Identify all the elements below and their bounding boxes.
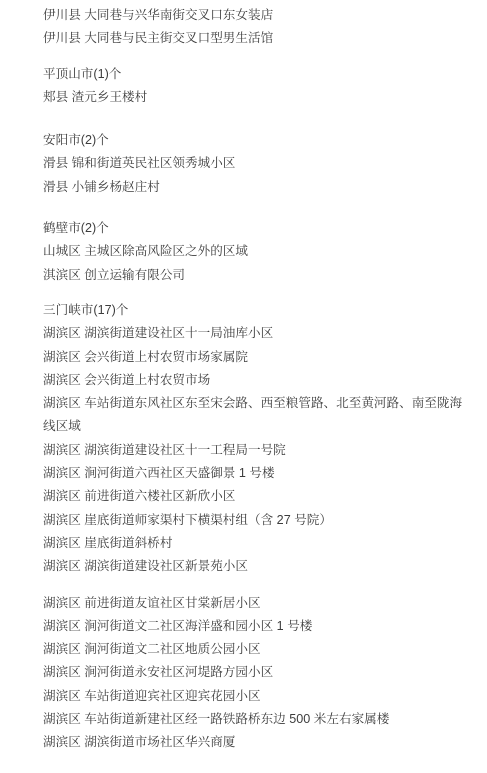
risk-area-entry: 滑县 锦和街道英民社区领秀城小区	[43, 152, 468, 175]
risk-area-entry: 湖滨区 车站街道新建社区经一路铁路桥东边 500 米左右家属楼	[43, 708, 468, 731]
section-tail: 伊川县 大同巷与兴华南街交叉口东女装店 伊川县 大同巷与民主街交叉口型男生活馆	[43, 4, 468, 51]
city-count-header: 平顶山市(1)个	[43, 63, 468, 86]
risk-area-entry: 湖滨区 涧河街道文二社区地质公园小区	[43, 638, 468, 661]
risk-area-entry: 湖滨区 涧河街道永安社区河堤路方园小区	[43, 661, 468, 684]
risk-area-entry: 湖滨区 涧河街道文二社区海洋盛和园小区 1 号楼	[43, 615, 468, 638]
risk-area-entry: 湖滨区 湖滨街道建设社区十一局油库小区	[43, 322, 468, 345]
city-count-header: 鹤壁市(2)个	[43, 217, 468, 240]
risk-area-entry: 伊川县 大同巷与民主街交叉口型男生活馆	[43, 27, 468, 50]
section-pingdingshan: 平顶山市(1)个 郏县 渣元乡王楼村	[43, 63, 468, 110]
risk-area-entry: 湖滨区 车站街道东风社区东至宋会路、西至粮管路、北至黄河路、南至陇海线区域	[43, 392, 468, 439]
risk-area-entry: 湖滨区 涧河街道六西社区天盛御景 1 号楼	[43, 462, 468, 485]
risk-area-entry: 湖滨区 湖滨街道市场社区华兴商厦	[43, 731, 468, 754]
risk-area-entry: 山城区 主城区除高风险区之外的区域	[43, 240, 468, 263]
risk-area-entry: 滑县 小铺乡杨赵庄村	[43, 176, 468, 199]
risk-area-entry: 郏县 渣元乡王楼村	[43, 86, 468, 109]
risk-area-entry: 湖滨区 崖底街道斜桥村	[43, 532, 468, 555]
risk-area-entry: 伊川县 大同巷与兴华南街交叉口东女装店	[43, 4, 468, 27]
city-count-header: 安阳市(2)个	[43, 129, 468, 152]
risk-area-entry: 湖滨区 前进街道六楼社区新欣小区	[43, 485, 468, 508]
risk-area-entry: 湖滨区 会兴街道上村农贸市场家属院	[43, 346, 468, 369]
risk-area-entry: 湖滨区 湖滨街道建设社区十一工程局一号院	[43, 439, 468, 462]
section-sanmenxia: 三门峡市(17)个 湖滨区 湖滨街道建设社区十一局油库小区 湖滨区 会兴街道上村…	[43, 299, 468, 579]
risk-area-entry: 湖滨区 会兴街道上村农贸市场	[43, 369, 468, 392]
section-hebi: 鹤壁市(2)个 山城区 主城区除高风险区之外的区域 淇滨区 创立运输有限公司	[43, 217, 468, 287]
risk-area-entry: 湖滨区 湖滨街道建设社区新景苑小区	[43, 555, 468, 578]
section-sanmenxia-continued: 湖滨区 前进街道友谊社区甘棠新居小区 湖滨区 涧河街道文二社区海洋盛和园小区 1…	[43, 592, 468, 755]
risk-area-entry: 湖滨区 前进街道友谊社区甘棠新居小区	[43, 592, 468, 615]
section-anyang: 安阳市(2)个 滑县 锦和街道英民社区领秀城小区 滑县 小铺乡杨赵庄村	[43, 129, 468, 199]
risk-area-entry: 湖滨区 车站街道迎宾社区迎宾花园小区	[43, 685, 468, 708]
risk-area-entry: 湖滨区 崖底街道师家渠村下横渠村组（含 27 号院）	[43, 509, 468, 532]
risk-area-entry: 淇滨区 创立运输有限公司	[43, 264, 468, 287]
risk-area-list: 伊川县 大同巷与兴华南街交叉口东女装店 伊川县 大同巷与民主街交叉口型男生活馆 …	[0, 0, 487, 755]
city-count-header: 三门峡市(17)个	[43, 299, 468, 322]
